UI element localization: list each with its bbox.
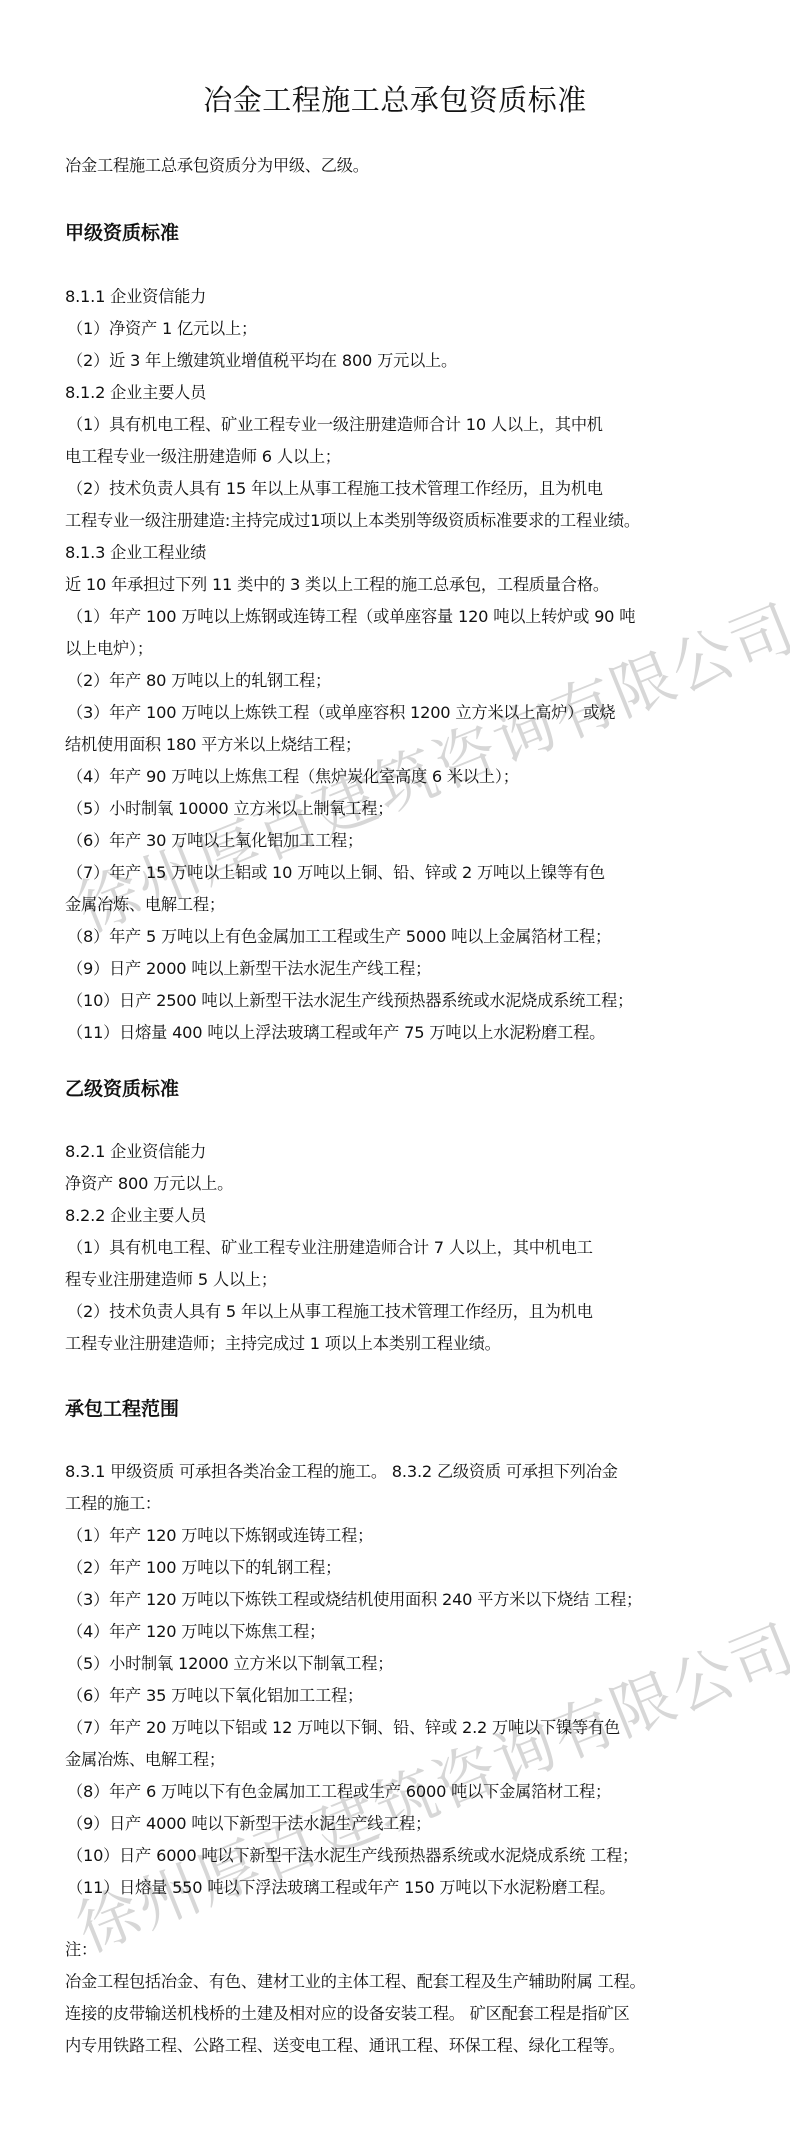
list-item: （1）年产 100 万吨以上炼钢或连铸工程（或单座容量 120 吨以上转炉或 9… [67, 607, 635, 627]
list-item: （11）日熔量 550 吨以下浮法玻璃工程或年产 150 万吨以下水泥粉磨工程。 [67, 1878, 615, 1898]
note-text: 内专用铁路工程、公路工程、送变电工程、通讯工程、环保工程、绿化工程等。 [65, 2036, 625, 2056]
list-item: （6）年产 35 万吨以下氧化铝加工工程； [67, 1686, 363, 1706]
list-item: （9）日产 4000 吨以下新型干法水泥生产线工程； [67, 1814, 431, 1834]
intro-text: 冶金工程施工总承包资质分为甲级、乙级。 [65, 156, 369, 176]
list-item: （2）近 3 年上缴建筑业增值税平均在 800 万元以上。 [67, 351, 457, 371]
subsection-title: 8.1.2 企业主要人员 [65, 383, 206, 403]
paragraph: 净资产 800 万元以上。 [65, 1174, 233, 1194]
note-text: 连接的皮带输送机栈桥的土建及相对应的设备安装工程。 矿区配套工程是指矿区 [65, 2004, 630, 2024]
list-item: （6）年产 30 万吨以上氧化铝加工工程； [67, 831, 363, 851]
list-item: （9）日产 2000 吨以上新型干法水泥生产线工程； [67, 959, 431, 979]
list-item-continuation: 结机使用面积 180 平方米以上烧结工程； [65, 735, 361, 755]
list-item-continuation: 工程专业一级注册建造:主持完成过1项以上本类别等级资质标准要求的工程业绩。 [65, 511, 640, 531]
list-item: （7）年产 20 万吨以下铝或 12 万吨以下铜、铅、锌或 2.2 万吨以下镍等… [67, 1718, 620, 1738]
list-item-continuation: 工程专业注册建造师；主持完成过 1 项以上本类别工程业绩。 [65, 1334, 501, 1354]
note-label: 注： [65, 1940, 97, 1960]
list-item-continuation: 金属冶炼、电解工程； [65, 895, 225, 915]
list-item: （1）具有机电工程、矿业工程专业注册建造师合计 7 人以上，其中机电工 [67, 1238, 593, 1258]
watermark: 徐州厚百建筑咨询有限公司 [62, 579, 790, 949]
document-page: 徐州厚百建筑咨询有限公司 徐州厚百建筑咨询有限公司 冶金工程施工总承包资质标准 … [0, 0, 790, 2130]
list-item-continuation: 以上电炉）； [65, 639, 153, 659]
section-heading-grade-a: 甲级资质标准 [65, 218, 179, 245]
list-item: （1）年产 120 万吨以下炼钢或连铸工程； [67, 1526, 373, 1546]
list-item: （4）年产 120 万吨以下炼焦工程； [67, 1622, 325, 1642]
list-item-continuation: 程专业注册建造师 5 人以上； [65, 1270, 277, 1290]
list-item: （5）小时制氧 12000 立方米以下制氧工程； [67, 1654, 393, 1674]
paragraph: 8.3.1 甲级资质 可承担各类冶金工程的施工。 8.3.2 乙级资质 可承担下… [65, 1462, 618, 1482]
paragraph-continuation: 工程的施工： [65, 1494, 161, 1514]
list-item-continuation: 金属冶炼、电解工程； [65, 1750, 225, 1770]
list-item: （8）年产 5 万吨以上有色金属加工工程或生产 5000 吨以上金属箔材工程； [67, 927, 611, 947]
list-item: （11）日熔量 400 吨以上浮法玻璃工程或年产 75 万吨以上水泥粉磨工程。 [67, 1023, 605, 1043]
subsection-title: 8.1.1 企业资信能力 [65, 287, 206, 307]
subsection-title: 8.2.1 企业资信能力 [65, 1142, 206, 1162]
list-item: （8）年产 6 万吨以下有色金属加工工程或生产 6000 吨以下金属箔材工程； [67, 1782, 611, 1802]
section-heading-scope: 承包工程范围 [65, 1394, 179, 1421]
list-item: （4）年产 90 万吨以上炼焦工程（焦炉炭化室高度 6 米以上）； [67, 767, 519, 787]
list-item: （2）年产 80 万吨以上的轧钢工程； [67, 671, 331, 691]
list-item-continuation: 电工程专业一级注册建造师 6 人以上； [65, 447, 341, 467]
list-item: （1）净资产 1 亿元以上； [67, 319, 257, 339]
list-item: （5）小时制氧 10000 立方米以上制氧工程； [67, 799, 393, 819]
list-item: （2）技术负责人具有 15 年以上从事工程施工技术管理工作经历，且为机电 [67, 479, 603, 499]
paragraph: 近 10 年承担过下列 11 类中的 3 类以上工程的施工总承包，工程质量合格。 [65, 575, 609, 595]
note-text: 冶金工程包括冶金、有色、建材工业的主体工程、配套工程及生产辅助附属 工程。 [65, 1972, 646, 1992]
subsection-title: 8.1.3 企业工程业绩 [65, 543, 206, 563]
list-item: （3）年产 120 万吨以下炼铁工程或烧结机使用面积 240 平方米以下烧结 工… [67, 1590, 642, 1610]
section-heading-grade-b: 乙级资质标准 [65, 1074, 179, 1101]
list-item: （10）日产 6000 吨以下新型干法水泥生产线预热器系统或水泥烧成系统 工程； [67, 1846, 638, 1866]
list-item: （3）年产 100 万吨以上炼铁工程（或单座容积 1200 立方米以上高炉）或烧 [67, 703, 615, 723]
page-title: 冶金工程施工总承包资质标准 [0, 78, 790, 119]
list-item: （2）技术负责人具有 5 年以上从事工程施工技术管理工作经历，且为机电 [67, 1302, 593, 1322]
list-item: （7）年产 15 万吨以上铝或 10 万吨以上铜、铅、锌或 2 万吨以上镍等有色 [67, 863, 605, 883]
subsection-title: 8.2.2 企业主要人员 [65, 1206, 206, 1226]
list-item: （10）日产 2500 吨以上新型干法水泥生产线预热器系统或水泥烧成系统工程； [67, 991, 633, 1011]
list-item: （1）具有机电工程、矿业工程专业一级注册建造师合计 10 人以上，其中机 [67, 415, 603, 435]
list-item: （2）年产 100 万吨以下的轧钢工程； [67, 1558, 341, 1578]
